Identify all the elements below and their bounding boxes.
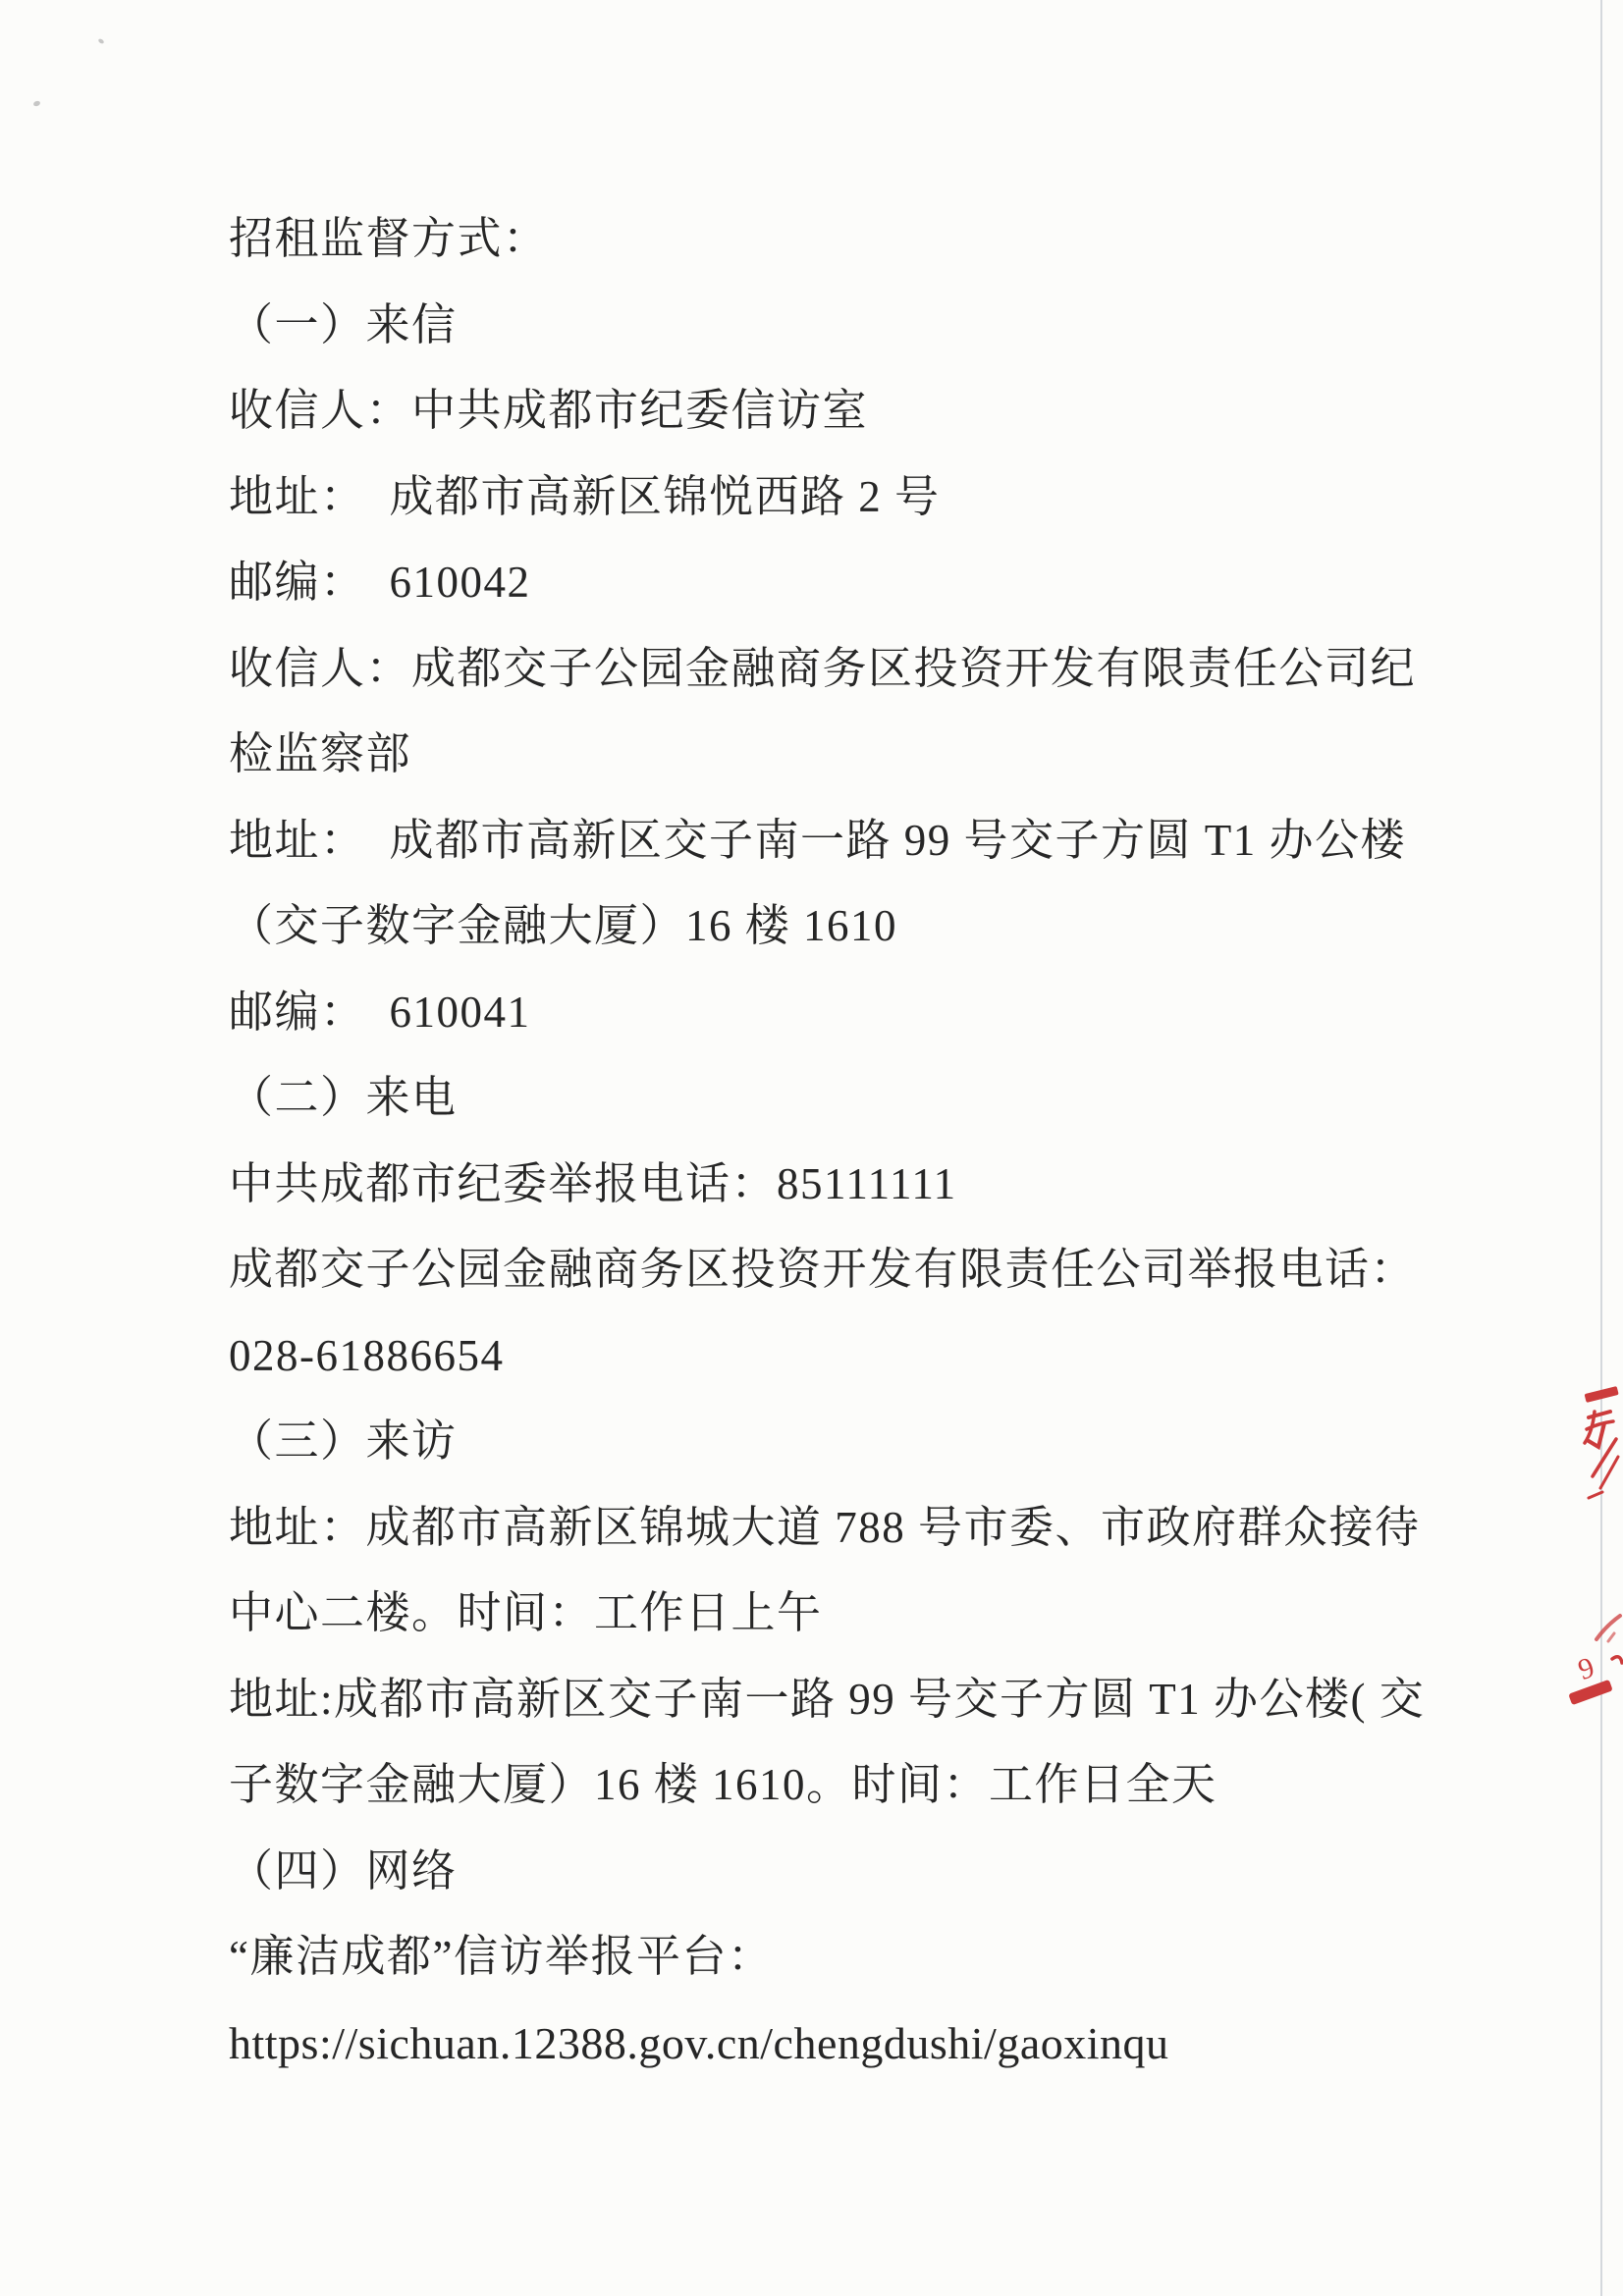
document-page: 招租监督方式： （一）来信 收信人：中共成都市纪委信访室 地址： 成都市高新区锦…: [0, 0, 1623, 2296]
recipient-line-cont: 检监察部: [229, 712, 1466, 798]
report-platform-url: https://sichuan.12388.gov.cn/chengdushi/…: [229, 2001, 1466, 2087]
section-title: 招租监督方式：: [229, 196, 1466, 283]
phone-line: 中共成都市纪委举报电话：85111111: [229, 1142, 1466, 1228]
scan-edge-line: [1600, 0, 1602, 2296]
recipient-line: 收信人：中共成都市纪委信访室: [229, 368, 1466, 454]
postcode-line: 邮编： 610041: [229, 970, 1466, 1056]
address-line-cont: 子数字金融大厦）16 楼 1610。时间：工作日全天: [229, 1742, 1466, 1829]
red-stamp-fragment-bottom: 9: [1551, 1608, 1623, 1721]
address-line-cont: 中心二楼。时间：工作日上午: [229, 1571, 1466, 1657]
postcode-line: 邮编： 610042: [229, 540, 1466, 626]
address-line: 地址:成都市高新区交子南一路 99 号交子方圆 T1 办公楼( 交: [229, 1657, 1466, 1743]
address-line: 地址： 成都市高新区锦悦西路 2 号: [229, 454, 1466, 541]
section-heading-mail: （一）来信: [229, 283, 1466, 369]
phone-number-line: 028-61886654: [229, 1313, 1466, 1400]
address-line: 地址： 成都市高新区交子南一路 99 号交子方圆 T1 办公楼: [229, 798, 1466, 884]
scan-speck: [97, 38, 104, 45]
platform-label-line: “廉洁成都”信访举报平台：: [229, 1914, 1466, 2001]
section-heading-visit: （三）来访: [229, 1399, 1466, 1485]
address-line-cont: （交子数字金融大厦）16 楼 1610: [229, 883, 1466, 970]
section-heading-web: （四）网络: [229, 1829, 1466, 1915]
stamp-digit: 9: [1574, 1651, 1597, 1686]
document-body: 招租监督方式： （一）来信 收信人：中共成都市纪委信访室 地址： 成都市高新区锦…: [229, 196, 1466, 2086]
scan-speck: [32, 100, 40, 107]
red-stamp-fragment-top: [1559, 1382, 1623, 1544]
recipient-line: 收信人：成都交子公园金融商务区投资开发有限责任公司纪: [229, 626, 1466, 713]
phone-line: 成都交子公园金融商务区投资开发有限责任公司举报电话：: [229, 1227, 1466, 1313]
address-line: 地址：成都市高新区锦城大道 788 号市委、市政府群众接待: [229, 1485, 1466, 1572]
section-heading-phone: （二）来电: [229, 1055, 1466, 1142]
